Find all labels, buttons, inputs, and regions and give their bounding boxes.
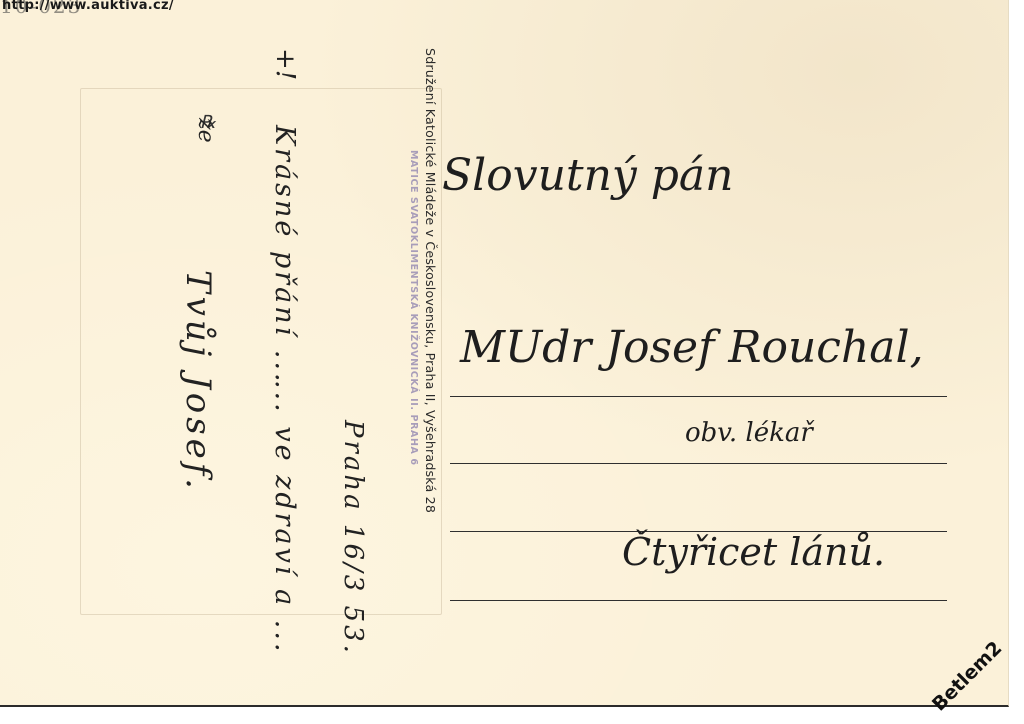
address-salutation: Slovutný pán xyxy=(442,150,734,201)
purple-stamp: MATICE SVATOKLIMENTSKÁ KNIŽOVNICKÁ II. P… xyxy=(408,150,419,466)
address-name: MUdr Josef Rouchal, xyxy=(460,322,924,373)
message-line-3: ... ve zdraví a ... xyxy=(269,380,300,655)
address-line-2 xyxy=(450,463,947,464)
address-line-1 xyxy=(450,396,947,397)
address-line-4 xyxy=(450,600,947,601)
signature: Tvůj Josef. xyxy=(178,270,218,493)
date-handwritten: Praha 16/3 53. xyxy=(338,420,368,656)
sender-printed-text: Sdružení Katolické Mládeže v Českosloven… xyxy=(423,48,438,513)
url-watermark: http://www.auktiva.cz/ xyxy=(2,0,174,13)
address-line3-text: Čtyřicet lánů. xyxy=(622,530,885,574)
postcard-paper: 10-023 http://www.auktiva.cz/ ℞ +! Krásn… xyxy=(0,0,1009,707)
message-line-4: ze xyxy=(193,118,218,143)
address-line2-text: obv. lékař xyxy=(685,418,813,448)
embossed-frame xyxy=(80,88,442,615)
message-line-2: Krásné přání ... xyxy=(269,125,300,385)
message-line-1: +! xyxy=(270,48,300,80)
